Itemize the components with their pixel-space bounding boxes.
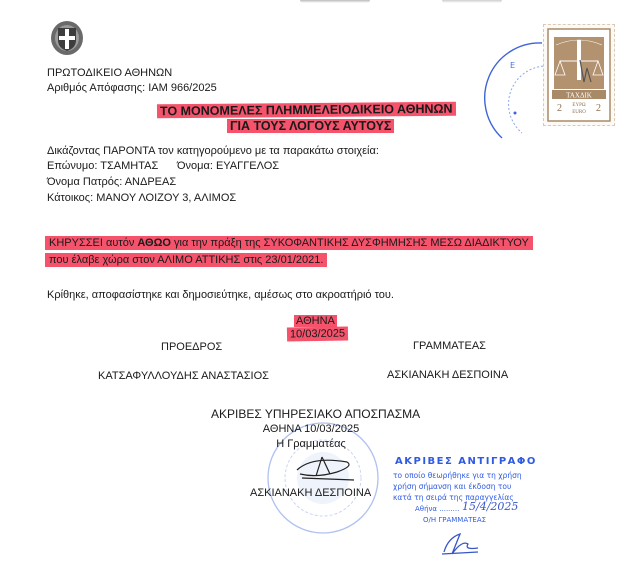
closing-date: 10/03/2025 — [287, 326, 348, 341]
svg-text:ΤΑΧΔΙΚ: ΤΑΧΔΙΚ — [566, 92, 592, 100]
verdict-acquitted: ΑΘΩΟ — [137, 237, 171, 249]
certified-extract-title: ΑΚΡΙΒΕΣ ΥΠΗΡΕΣΙΑΚΟ ΑΠΟΣΠΑΣΜΑ — [211, 407, 411, 421]
verdict-line1: ΚΗΡΥΣΣΕΙ αυτόν ΑΘΩΟ για την πράξη της ΣΥ… — [45, 236, 533, 250]
copy-stamp-signature-icon — [438, 530, 488, 558]
secretary-signature-icon — [292, 452, 362, 484]
copy-stamp-handwritten-date: 15/4/2025 — [462, 500, 518, 513]
verdict-line2: που έλαβε χώρα στον ΑΛΙΜΟ ΑΤΤΙΚΗΣ στις 2… — [45, 253, 327, 267]
scan-edge-shadow — [442, 0, 502, 3]
court-name: ΠΡΩΤΟΔΙΚΕΙΟ ΑΘΗΝΩΝ — [47, 67, 172, 79]
decision-number: Αριθμός Απόφασης: ΙΑΜ 966/2025 — [47, 82, 217, 94]
greek-coat-of-arms-icon — [50, 20, 84, 56]
court-title-line1: ΤΟ ΜΟΝΟΜΕΛΕΣ ΠΛΗΜΜΕΛΕΙΟΔΙΚΕΙΟ ΑΘΗΝΩΝ — [157, 102, 456, 119]
certified-extract-name: ΑΣΚΙΑΝΑΚΗ ΔΕΣΠΟΙΝΑ — [250, 487, 371, 499]
verdict-text: ΚΗΡΥΣΣΕΙ αυτόν — [49, 237, 137, 249]
president-name: ΚΑΤΣΑΦΥΛΛΟΥΔΗΣ ΑΝΑΣΤΑΣΙΟΣ — [98, 370, 269, 382]
secretary-name: ΑΣΚΙΑΝΑΚΗ ΔΕΣΠΟΙΝΑ — [387, 369, 508, 381]
certified-extract-place-date: ΑΘΗΝΑ 10/03/2025 — [211, 423, 411, 435]
copy-stamp-place-label: Αθήνα — [415, 505, 437, 513]
president-label: ΠΡΟΕΔΡΟΣ — [161, 341, 222, 353]
copy-stamp-title: ΑΚΡΙΒΕΣ ΑΝΤΙΓΡΑΦΟ — [395, 456, 537, 467]
certified-extract-role: Η Γραμματέας — [211, 438, 411, 450]
svg-text:EURO: EURO — [572, 110, 586, 115]
scan-edge-shadow — [300, 0, 370, 3]
defendant-father: Όνομα Πατρός: ΑΝΔΡΕΑΣ — [47, 176, 176, 188]
copy-stamp-line1: το οποίο θεωρήθηκε για τη χρήση — [393, 471, 522, 480]
court-tax-stamp: ΤΑΧΔΙΚ 2 2 ΕΥΡΩ EURO — [543, 24, 615, 126]
copy-stamp-place: Αθήνα ......... — [415, 505, 459, 513]
svg-text:2: 2 — [596, 103, 601, 114]
copy-stamp-line2: χρήση σήμανση και έκδοση του — [393, 482, 511, 491]
copy-stamp-role: Ο/Η ΓΡΑΜΜΑΤΕΑΣ — [423, 516, 486, 524]
svg-text:2: 2 — [557, 103, 562, 114]
svg-text:ΕΥΡΩ: ΕΥΡΩ — [572, 103, 585, 108]
closing-place: ΑΘΗΝΑ — [294, 315, 337, 327]
svg-text:Ε: Ε — [510, 61, 515, 70]
court-title-line2: ΓΙΑ ΤΟΥΣ ΛΟΓΟΥΣ ΑΥΤΟΥΣ — [227, 119, 394, 133]
verdict-offense: για την πράξη της ΣΥΚΟΦΑΝΤΙΚΗΣ ΔΥΣΦΗΜΗΣΗ… — [171, 237, 529, 249]
closing-statement: Κρίθηκε, αποφασίστηκε και δημοσιεύτηκε, … — [47, 289, 394, 301]
defendant-intro: Δικάζοντας ΠΑΡΟΝΤΑ τον κατηγορούμενο με … — [47, 145, 379, 157]
defendant-name: Όνομα: ΕΥΑΓΓΕΛΟΣ — [177, 160, 279, 172]
defendant-residence: Κάτοικος: ΜΑΝΟΥ ΛΟΙΖΟΥ 3, ΑΛΙΜΟΣ — [47, 192, 236, 204]
defendant-surname: Επώνυμο: ΤΣΑΜΗΤΑΣ — [47, 160, 158, 172]
secretary-label: ΓΡΑΜΜΑΤΕΑΣ — [413, 340, 486, 352]
